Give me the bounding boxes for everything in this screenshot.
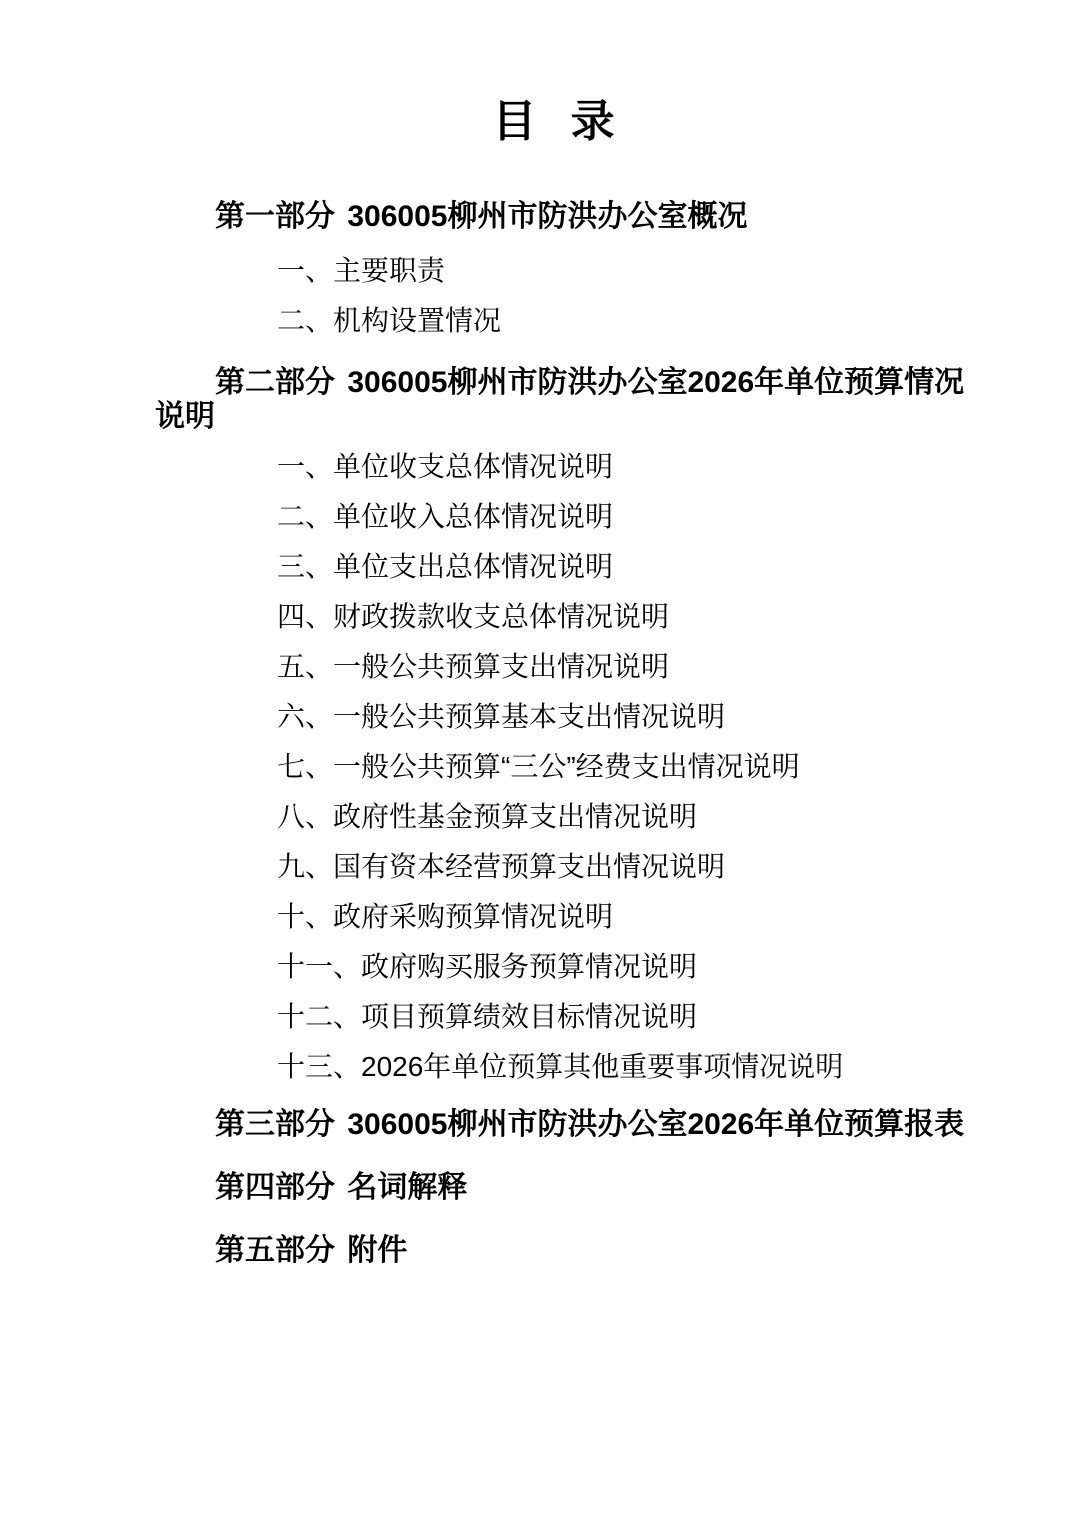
- toc-item: 二、机构设置情况: [277, 296, 954, 346]
- toc-part5-heading: 第五部分 附件: [155, 1234, 954, 1268]
- toc-part4-heading: 第四部分 名词解释: [155, 1171, 954, 1205]
- toc-part2-heading: 第二部分 306005柳州市防洪办公室2026年单位预算情况 说明: [155, 366, 954, 434]
- toc-part2-items: 一、单位收支总体情况说明 二、单位收入总体情况说明 三、单位支出总体情况说明 四…: [155, 442, 954, 1092]
- toc-item: 十、政府采购预算情况说明: [277, 892, 954, 942]
- toc-item: 一、主要职责: [277, 246, 954, 296]
- toc-part1-items: 一、主要职责 二、机构设置情况: [155, 246, 954, 346]
- document-page: 目 录 第一部分 306005柳州市防洪办公室概况 一、主要职责 二、机构设置情…: [0, 0, 1074, 1520]
- toc-item: 十三、2026年单位预算其他重要事项情况说明: [277, 1042, 954, 1092]
- toc-part1-heading: 第一部分 306005柳州市防洪办公室概况: [155, 200, 954, 234]
- toc-item: 九、国有资本经营预算支出情况说明: [277, 842, 954, 892]
- toc-item: 十一、政府购买服务预算情况说明: [277, 942, 954, 992]
- toc-item: 四、财政拨款收支总体情况说明: [277, 592, 954, 642]
- toc-part2-heading-line2: 说明: [155, 400, 954, 434]
- toc-item: 三、单位支出总体情况说明: [277, 542, 954, 592]
- toc-item: 六、一般公共预算基本支出情况说明: [277, 692, 954, 742]
- toc-item: 一、单位收支总体情况说明: [277, 442, 954, 492]
- toc-part3-heading: 第三部分 306005柳州市防洪办公室2026年单位预算报表: [155, 1108, 954, 1142]
- toc-item: 五、一般公共预算支出情况说明: [277, 642, 954, 692]
- toc-item: 八、政府性基金预算支出情况说明: [277, 792, 954, 842]
- toc-item: 二、单位收入总体情况说明: [277, 492, 954, 542]
- toc-item: 七、一般公共预算“三公”经费支出情况说明: [277, 742, 954, 792]
- toc-title: 目 录: [155, 98, 954, 146]
- toc-item: 十二、项目预算绩效目标情况说明: [277, 992, 954, 1042]
- toc-part2-heading-line1: 第二部分 306005柳州市防洪办公室2026年单位预算情况: [155, 366, 954, 400]
